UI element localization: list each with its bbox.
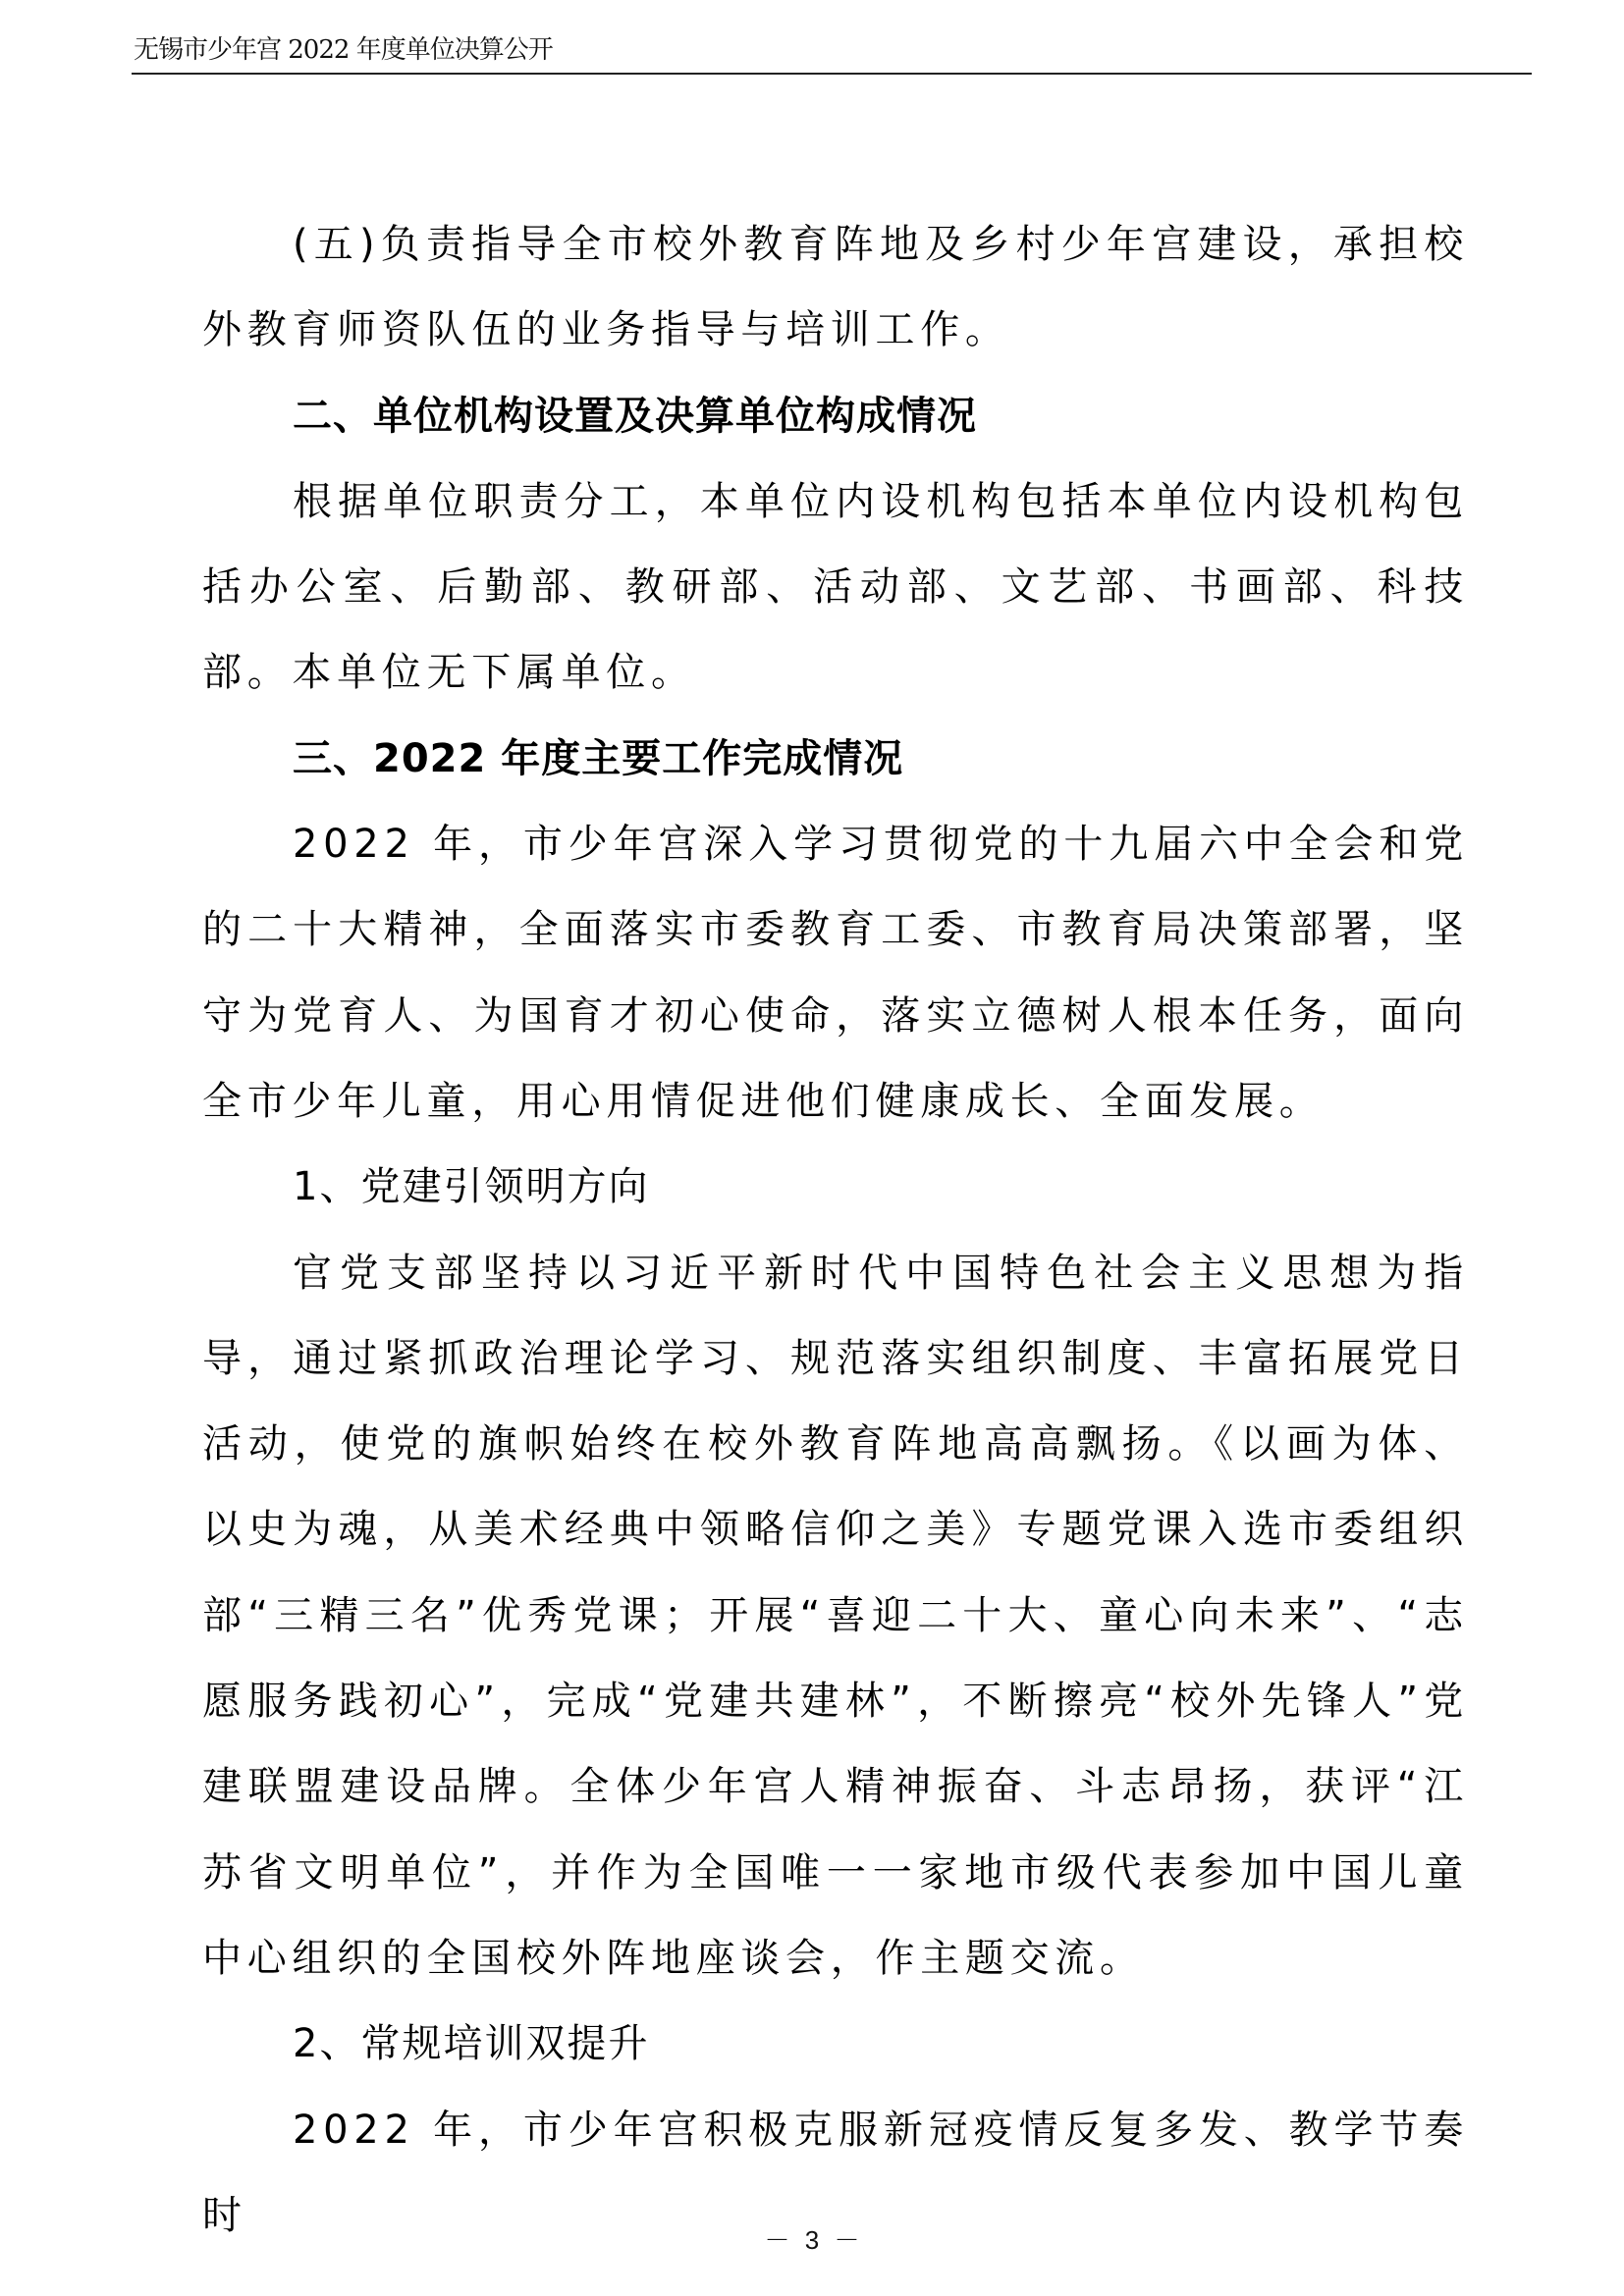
- paragraph-subsection-1: 官党支部坚持以习近平新时代中国特色社会主义思想为指导，通过紧抓政治理论学习、规范…: [202, 1231, 1469, 2002]
- page-header: 无锡市少年宫 2022 年度单位决算公开: [132, 27, 1532, 75]
- paragraph-section-3-intro: 2022 年，市少年宫深入学习贯彻党的十九届六中全会和党的二十大精神，全面落实市…: [202, 802, 1469, 1145]
- subsection-heading-2: 2、常规培训双提升: [202, 2002, 1469, 2087]
- paragraph-section-2: 根据单位职责分工，本单位内设机构包括本单位内设机构包括办公室、后勤部、教研部、活…: [202, 459, 1469, 717]
- section-heading-2: 二、单位机构设置及决算单位构成情况: [202, 374, 1469, 459]
- subsection-heading-1: 1、党建引领明方向: [202, 1145, 1469, 1230]
- header-title: 无锡市少年宫 2022 年度单位决算公开: [134, 35, 553, 65]
- page-number: － 3 －: [0, 2225, 1624, 2255]
- section-heading-3: 三、2022 年度主要工作完成情况: [202, 717, 1469, 802]
- document-body: (五)负责指导全市校外教育阵地及乡村少年宫建设，承担校外教育师资队伍的业务指导与…: [202, 202, 1469, 2259]
- paragraph-item-5: (五)负责指导全市校外教育阵地及乡村少年宫建设，承担校外教育师资队伍的业务指导与…: [202, 202, 1469, 374]
